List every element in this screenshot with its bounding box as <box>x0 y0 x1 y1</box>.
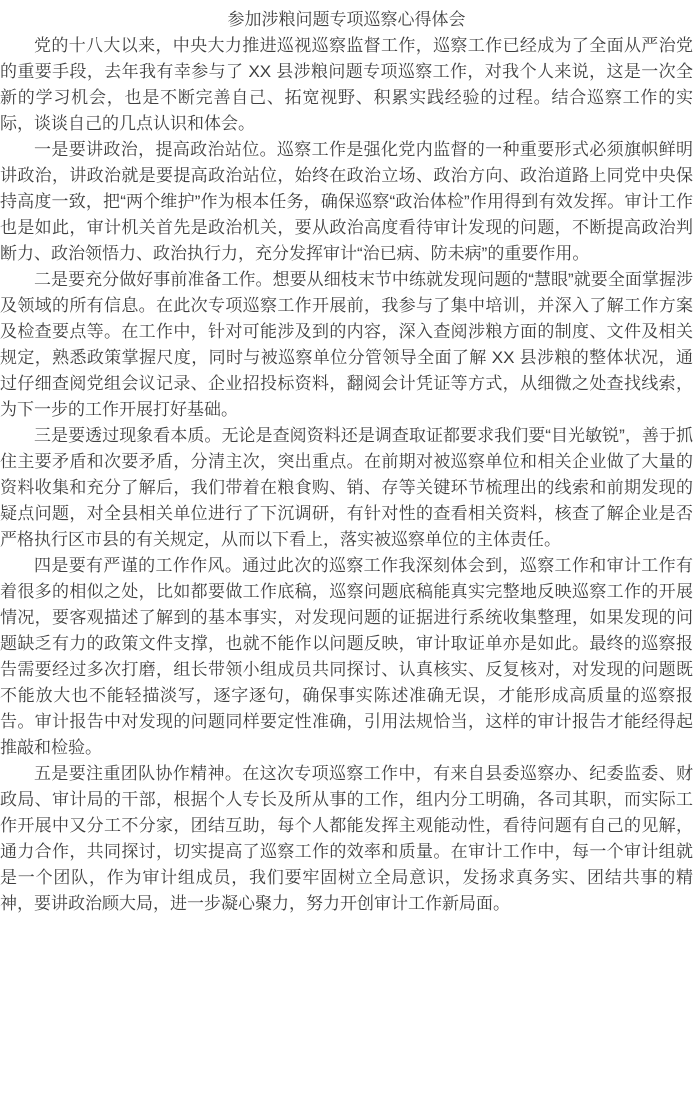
document-viewport: { "document": { "title": "参加涉粮问题专项巡察心得体会… <box>0 0 693 1097</box>
paragraph-2: 一是要讲政治，提高政治站位。巡察工作是强化党内监督的一种重要形式必须旗帜鲜明讲政… <box>0 137 693 267</box>
document-body: 党的十八大以来，中央大力推进巡视巡察监督工作，巡察工作已经成为了全面从严治党的重… <box>0 33 693 917</box>
paragraph-5: 四是要有严谨的工作作风。通过此次的巡察工作我深刻体会到，巡察工作和审计工作有着很… <box>0 553 693 761</box>
paragraph-1: 党的十八大以来，中央大力推进巡视巡察监督工作，巡察工作已经成为了全面从严治党的重… <box>0 33 693 137</box>
paragraph-3: 二是要充分做好事前准备工作。想要从细枝末节中练就发现问题的“慧眼”就要全面掌握涉… <box>0 267 693 423</box>
page-title: 参加涉粮问题专项巡察心得体会 <box>0 7 693 33</box>
paragraph-4: 三是要透过现象看本质。无论是查阅资料还是调查取证都要求我们要“目光敏锐”，善于抓… <box>0 423 693 553</box>
paragraph-6: 五是要注重团队协作精神。在这次专项巡察工作中，有来自县委巡察办、纪委监委、财政局… <box>0 761 693 917</box>
document-page: 参加涉粮问题专项巡察心得体会 党的十八大以来，中央大力推进巡视巡察监督工作，巡察… <box>0 0 693 917</box>
